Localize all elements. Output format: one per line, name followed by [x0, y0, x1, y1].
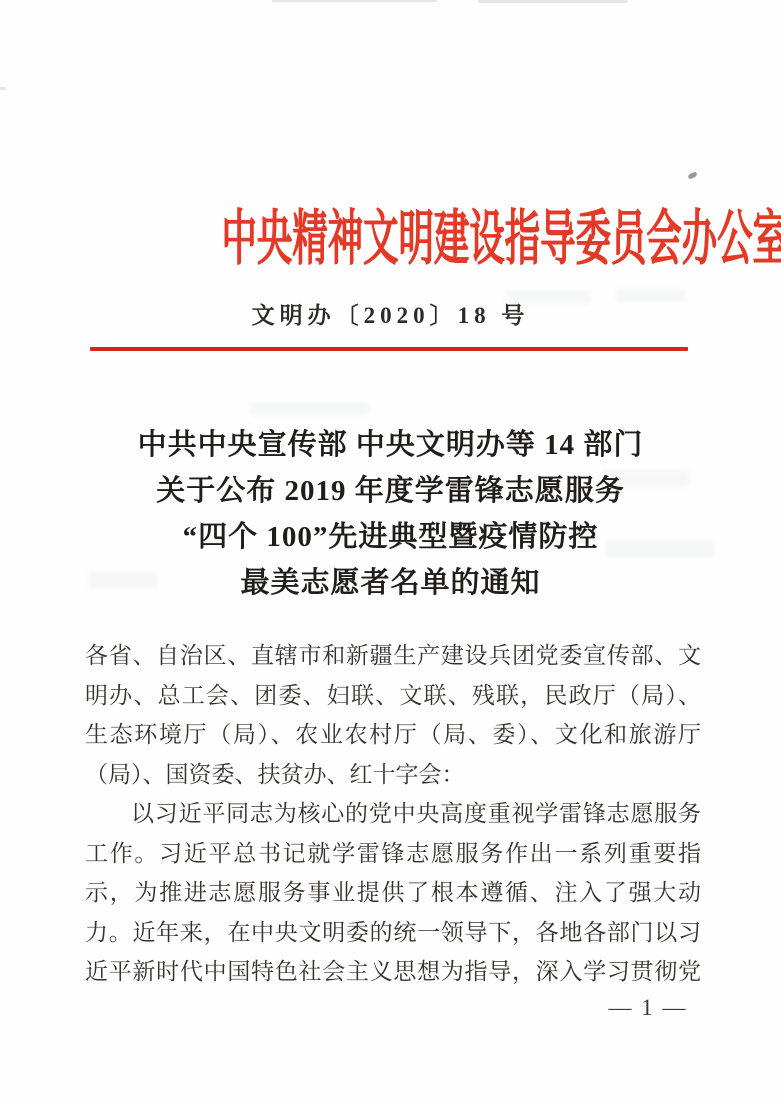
letterhead-org-title-text: 中央精神文明建设指导委员会办公室文件 [221, 206, 781, 272]
body-line: 明办、总工会、团委、妇联、文联、残联，民政厅（局）、 [85, 676, 701, 716]
document-title-line-3: “四个 100”先进典型暨疫情防控 [0, 514, 781, 560]
document-number: 文明办〔2020〕18 号 [0, 301, 781, 331]
body-line: 力。近年来，在中央文明委的统一领导下，各地各部门以习 [85, 913, 701, 953]
body-line: 近平新时代中国特色社会主义思想为指导，深入学习贯彻党 [85, 952, 701, 992]
bleedthrough-mark [615, 288, 685, 302]
body-line: 工作。习近平总书记就学雷锋志愿服务作出一系列重要指 [85, 834, 701, 874]
scan-artifact-speck [687, 172, 697, 180]
document-title-line-2: 关于公布 2019 年度学雷锋志愿服务 [0, 468, 781, 514]
document-title: 中共中央宣传部 中央文明办等 14 部门 关于公布 2019 年度学雷锋志愿服务… [0, 422, 781, 606]
red-separator-rule [90, 347, 688, 351]
bleedthrough-mark [250, 402, 370, 416]
body-line: 各省、自治区、直辖市和新疆生产建设兵团党委宣传部、文 [85, 636, 701, 676]
body-line: 以习近平同志为核心的党中央高度重视学雷锋志愿服务 [85, 794, 701, 834]
body-line: 生态环境厅（局）、农业农村厅（局、委）、文化和旅游厅 [85, 715, 701, 755]
scan-artifact-top-streak-2 [478, 0, 628, 3]
document-title-line-1: 中共中央宣传部 中央文明办等 14 部门 [0, 422, 781, 468]
body-line: （局）、国资委、扶贫办、红十字会： [85, 755, 701, 795]
document-title-line-4: 最美志愿者名单的通知 [0, 560, 781, 606]
scan-artifact-top-streak-1 [272, 0, 437, 2]
body-line: 示，为推进志愿服务事业提供了根本遵循、注入了强大动 [85, 873, 701, 913]
page-number: — 1 — [598, 996, 698, 1020]
scan-artifact-left-mark [0, 87, 6, 90]
document-page: 中央精神文明建设指导委员会办公室文件 文明办〔2020〕18 号 中共中央宣传部… [0, 0, 781, 1105]
document-body: 各省、自治区、直辖市和新疆生产建设兵团党委宣传部、文 明办、总工会、团委、妇联、… [85, 636, 701, 992]
letterhead-org-title: 中央精神文明建设指导委员会办公室文件 [0, 206, 781, 272]
